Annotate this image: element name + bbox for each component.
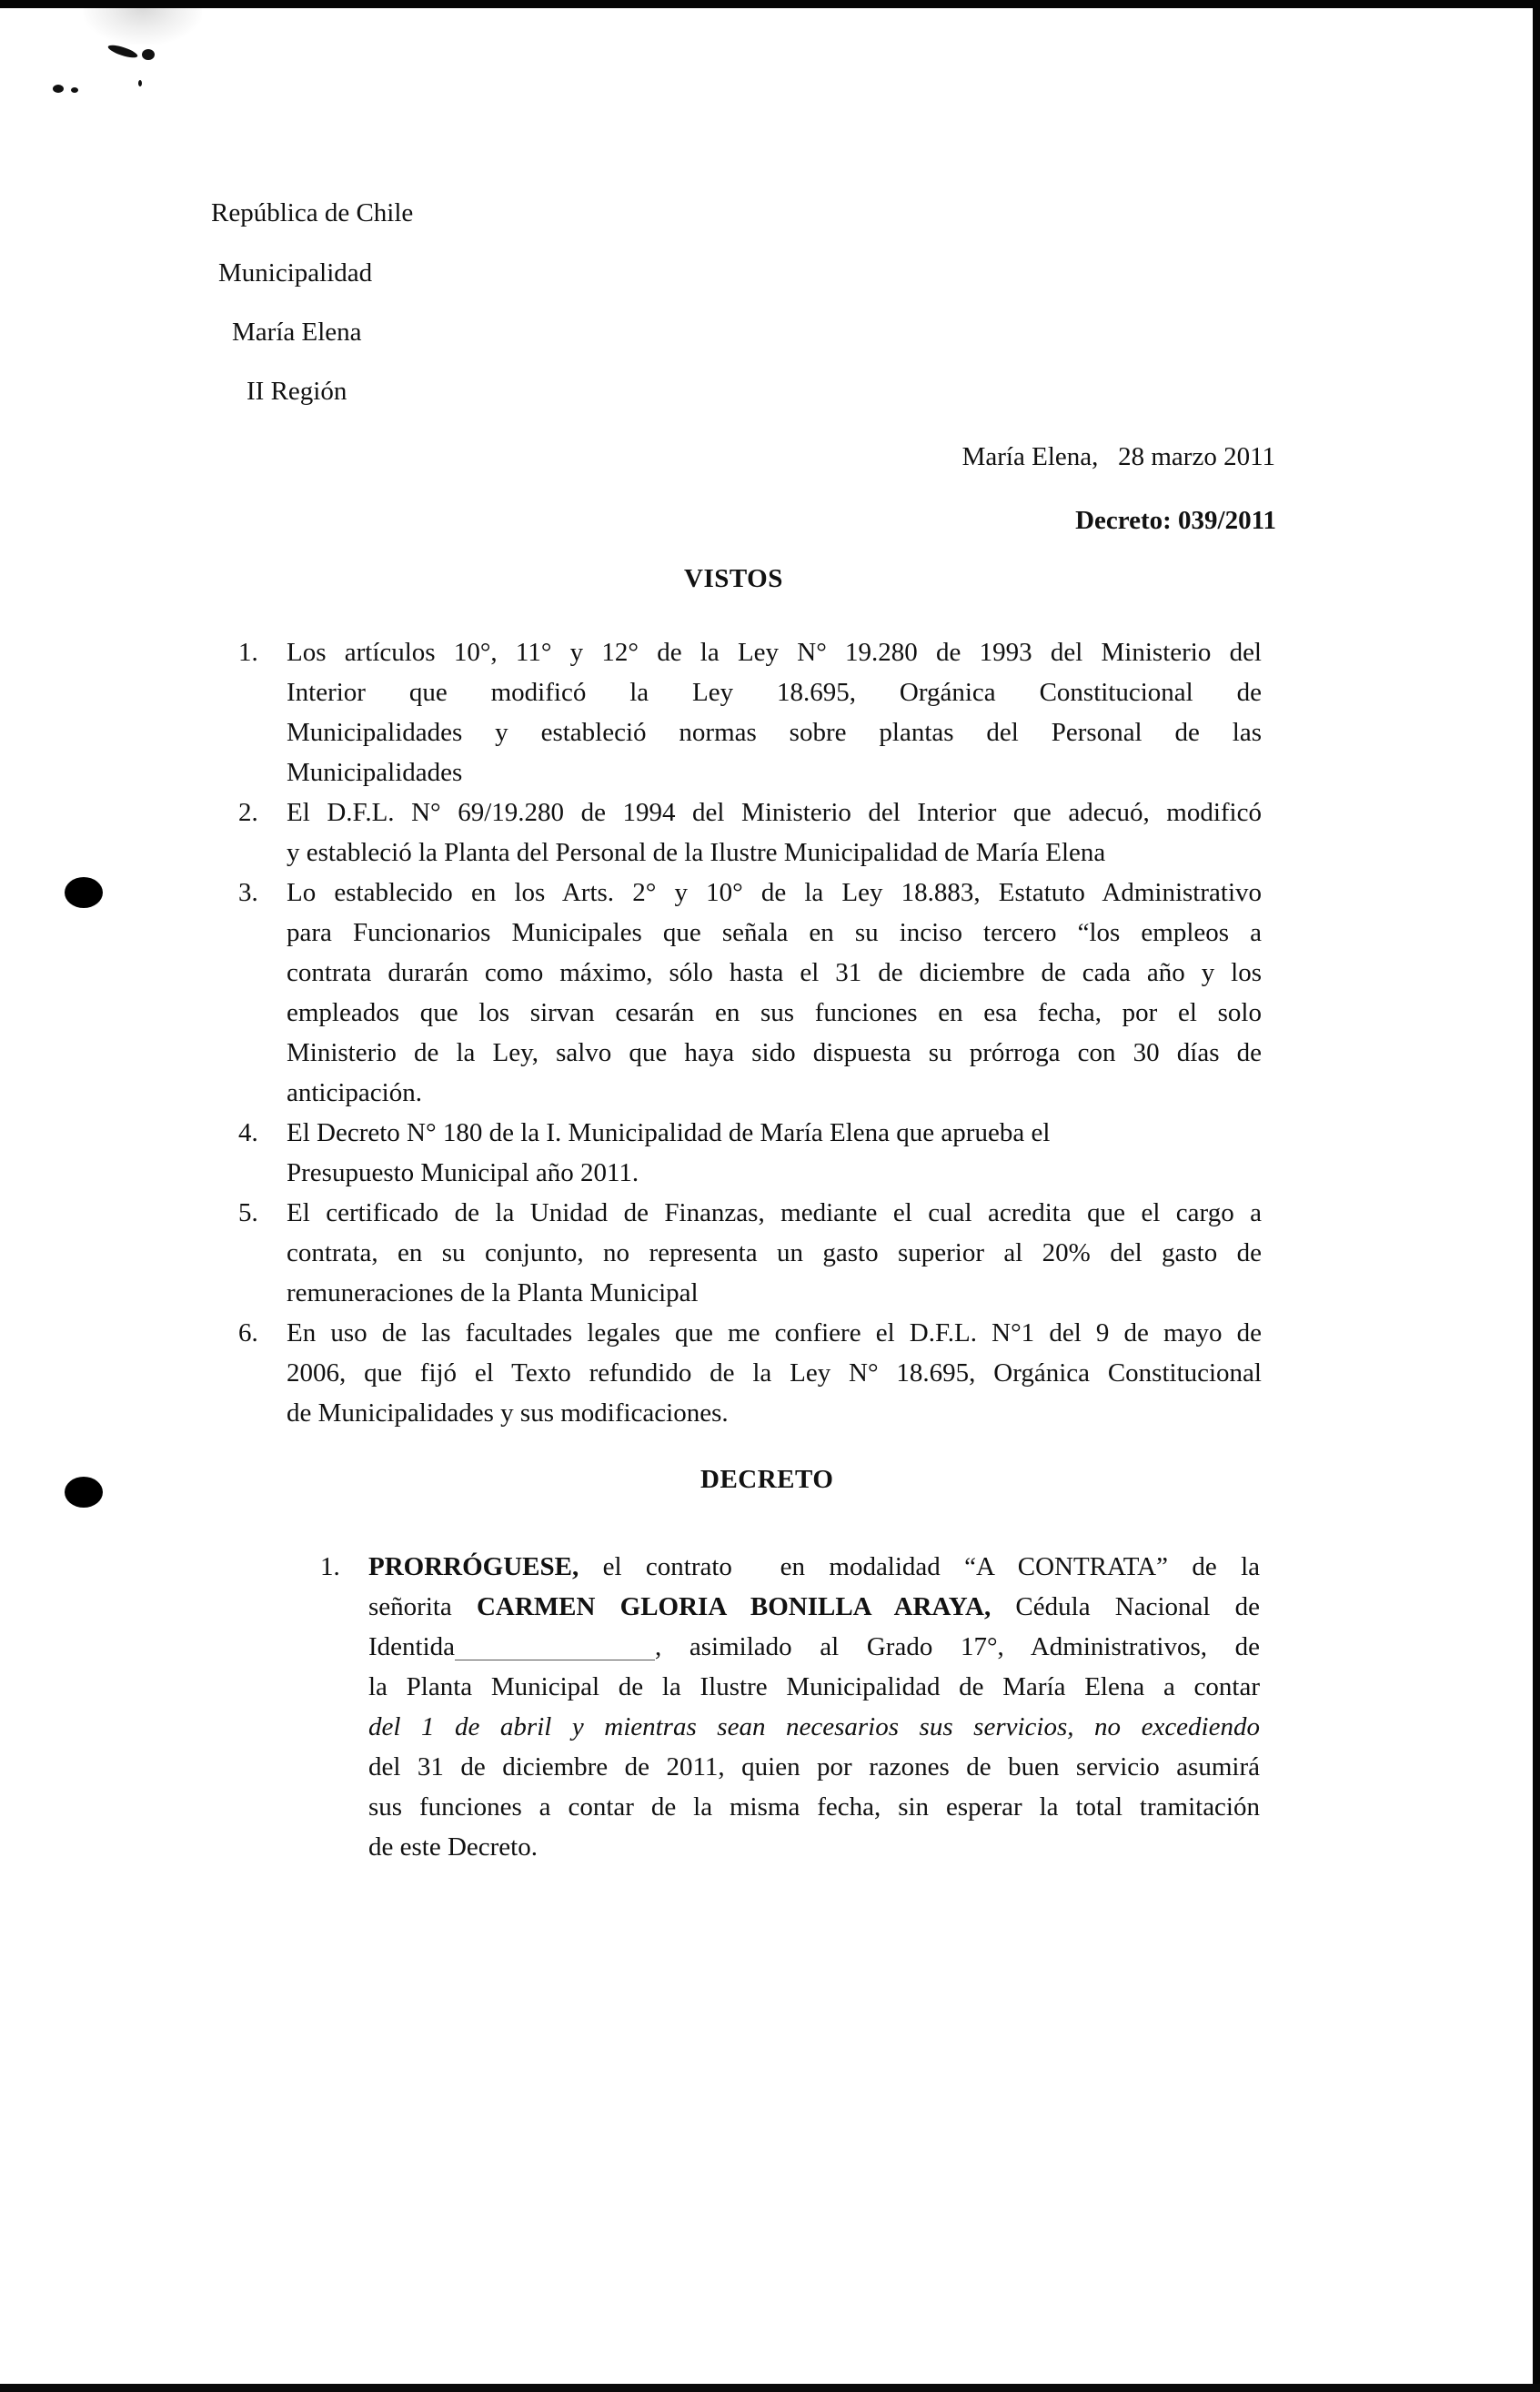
text-line: remuneraciones de la Planta Municipal [287, 1273, 1262, 1313]
decreto-heading: DECRETO [700, 1465, 833, 1495]
text-line: Los artículos 10°, 11° y 12° de la Ley N… [287, 632, 1262, 672]
text-line: 2006, que fijó el Texto refundido de la … [287, 1353, 1262, 1393]
text-line: El D.F.L. N° 69/19.280 de 1994 del Minis… [287, 792, 1262, 833]
text-segment: Cédula Nacional de [991, 1592, 1260, 1621]
decree-number: Decreto: 039/2011 [1075, 504, 1276, 537]
text-line: Identida, asimilado al Grado 17°, Admini… [368, 1627, 1260, 1667]
header-region: II Región [247, 375, 347, 408]
scan-shadow [84, 8, 202, 45]
item-number: 3. [238, 873, 258, 913]
text-line: contrata, en su conjunto, no representa … [287, 1233, 1262, 1273]
scan-border-top [0, 0, 1540, 8]
item-text: En uso de las facultades legales que me … [287, 1313, 1262, 1433]
item-number: 1. [238, 632, 258, 672]
text-segment: el contrato en modalidad “A CONTRATA” de… [579, 1552, 1260, 1581]
text-line: Municipalidades y estableció normas sobr… [287, 712, 1262, 752]
item-text: El D.F.L. N° 69/19.280 de 1994 del Minis… [287, 792, 1262, 873]
text-line: empleados que los sirvan cesarán en sus … [287, 993, 1262, 1033]
scan-border-right [1533, 0, 1540, 2392]
item-text: Los artículos 10°, 11° y 12° de la Ley N… [287, 632, 1262, 792]
text-line: de Municipalidades y sus modificaciones. [287, 1393, 1262, 1433]
text-line: En uso de las facultades legales que me … [287, 1313, 1262, 1353]
verb-prorroguese: PRORRÓGUESE, [368, 1552, 579, 1581]
item-number: 4. [238, 1113, 258, 1153]
scan-speck [71, 87, 78, 93]
vistos-item: 1. Los artículos 10°, 11° y 12° de la Le… [287, 632, 1262, 792]
text-line: de este Decreto. [368, 1827, 1260, 1867]
vistos-item: 4. El Decreto N° 180 de la I. Municipali… [287, 1113, 1262, 1193]
text-line: la Planta Municipal de la Ilustre Munici… [368, 1667, 1260, 1707]
person-name: CARMEN GLORIA BONILLA ARAYA, [477, 1592, 991, 1621]
text-line: contrata durarán como máximo, sólo hasta… [287, 953, 1262, 993]
punch-hole [65, 877, 103, 908]
scan-border-bottom [0, 2384, 1540, 2392]
text-line: y estableció la Planta del Personal de l… [287, 833, 1262, 873]
item-text: PRORRÓGUESE, el contrato en modalidad “A… [368, 1547, 1260, 1867]
decreto-list: 1. PRORRÓGUESE, el contrato en modalidad… [368, 1547, 1260, 1867]
scan-speck [106, 43, 138, 60]
vistos-list: 1. Los artículos 10°, 11° y 12° de la Le… [287, 632, 1262, 1433]
header-country: República de Chile [211, 197, 413, 229]
redacted-id-field [455, 1632, 655, 1660]
text-line: Presupuesto Municipal año 2011. [287, 1153, 1262, 1193]
vistos-heading: VISTOS [684, 564, 783, 594]
text-line: El certificado de la Unidad de Finanzas,… [287, 1193, 1262, 1233]
item-text: El Decreto N° 180 de la I. Municipalidad… [287, 1113, 1262, 1193]
header-commune: María Elena [232, 316, 362, 348]
text-line: para Funcionarios Municipales que señala… [287, 913, 1262, 953]
decreto-item: 1. PRORRÓGUESE, el contrato en modalidad… [368, 1547, 1260, 1867]
scan-speck [138, 80, 142, 86]
header-institution: Municipalidad [218, 257, 372, 289]
text-line: sus funciones a contar de la misma fecha… [368, 1787, 1260, 1827]
vistos-item: 6. En uso de las facultades legales que … [287, 1313, 1262, 1433]
text-line: Municipalidades [287, 752, 1262, 792]
text-segment: , asimilado al Grado 17°, Administrativo… [655, 1632, 1260, 1661]
text-line: Lo establecido en los Arts. 2° y 10° de … [287, 873, 1262, 913]
vistos-item: 5. El certificado de la Unidad de Finanz… [287, 1193, 1262, 1313]
text-segment: Identida [368, 1632, 455, 1661]
item-number: 1. [320, 1547, 340, 1587]
text-line: PRORRÓGUESE, el contrato en modalidad “A… [368, 1547, 1260, 1587]
text-line: Interior que modificó la Ley 18.695, Org… [287, 672, 1262, 712]
item-text: Lo establecido en los Arts. 2° y 10° de … [287, 873, 1262, 1113]
item-number: 5. [238, 1193, 258, 1233]
vistos-item: 3. Lo establecido en los Arts. 2° y 10° … [287, 873, 1262, 1113]
place-date: María Elena, 28 marzo 2011 [962, 440, 1275, 473]
scan-speck [142, 49, 155, 60]
text-line: El Decreto N° 180 de la I. Municipalidad… [287, 1113, 1262, 1153]
vistos-item: 2. El D.F.L. N° 69/19.280 de 1994 del Mi… [287, 792, 1262, 873]
text-line-italic: del 1 de abril y mientras sean necesario… [368, 1707, 1260, 1747]
text-line: anticipación. [287, 1073, 1262, 1113]
scan-speck [53, 85, 64, 93]
text-segment: señorita [368, 1592, 477, 1621]
text-line: del 31 de diciembre de 2011, quien por r… [368, 1747, 1260, 1787]
item-number: 6. [238, 1313, 258, 1353]
text-line: señorita CARMEN GLORIA BONILLA ARAYA, Cé… [368, 1587, 1260, 1627]
item-number: 2. [238, 792, 258, 833]
item-text: El certificado de la Unidad de Finanzas,… [287, 1193, 1262, 1313]
punch-hole [65, 1477, 103, 1508]
text-line: Ministerio de la Ley, salvo que haya sid… [287, 1033, 1262, 1073]
